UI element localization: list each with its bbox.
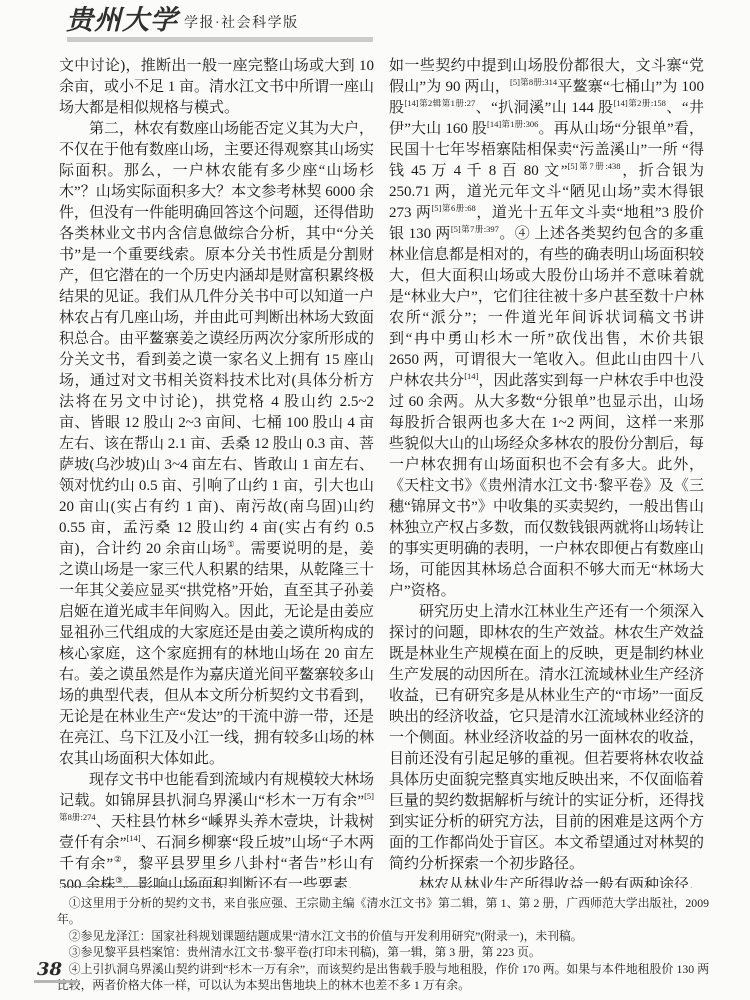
- citation-superscript: [5]第7册:438: [568, 161, 621, 171]
- citation-superscript: [5]第7册:397: [451, 224, 499, 234]
- citation-superscript: [5]第6册:68: [431, 203, 475, 213]
- right-text-column: 如一些契约中提到山场股份都很大，文斗寨“党假山”为 90 两山，[5]第8册:3…: [389, 56, 704, 888]
- citation-superscript: [14]第1册:306: [487, 119, 538, 129]
- citation-superscript: [5]第8册:274: [59, 791, 374, 822]
- citation-superscript: ②: [113, 854, 122, 864]
- citation-superscript: [14]: [464, 371, 478, 381]
- paragraph: 现存文书中也能看到流域内有规模较大林场记载。如锦屏县扒洞乌界溪山“杉木一万有余”…: [59, 770, 374, 888]
- citation-superscript: [5]第8册:314: [510, 77, 557, 87]
- citation-superscript: [14]: [126, 833, 140, 843]
- citation-superscript: ③: [115, 875, 123, 885]
- footnote-section: ①这里用于分析的契约文书，来自张应强、王宗勋主编《清水江文书》第二辑，第 1、第…: [57, 895, 709, 993]
- left-text-column: 文中讨论)，推断出一般一座完整山场或大到 10 余亩，或小不足 1 亩。清水江文…: [59, 56, 374, 888]
- paragraph: 如一些契约中提到山场股份都很大，文斗寨“党假山”为 90 两山，[5]第8册:3…: [389, 56, 704, 602]
- page-number: 38: [34, 959, 77, 983]
- paragraph: 文中讨论)，推断出一般一座完整山场或大到 10 余亩，或小不足 1 亩。清水江文…: [59, 56, 374, 119]
- university-logotype: 贵州大学: [66, 5, 178, 36]
- journal-subtitle: 学报·社会科学版: [184, 16, 299, 31]
- paragraph: 研究历史上清水江林业生产还有一个须深入探讨的问题，即林农的生产效益。林农生产效益…: [389, 602, 704, 875]
- footnote-separator: [62, 886, 222, 887]
- footnote: ②参见龙泽江：国家社科规划课题结题成果“清水江文书的价值与开发利用研究”(附录一…: [57, 928, 709, 944]
- header-rule: [67, 37, 373, 42]
- journal-page: 贵州大学学报·社会科学版 文中讨论)，推断出一般一座完整山场或大到 10 余亩，…: [0, 0, 750, 1000]
- paragraph: 第二，林农有数座山场能否定义其为大户，不仅在于他有数座山场，主要还得观察其山场实…: [59, 119, 374, 770]
- citation-superscript: [14]第2册:158: [614, 98, 666, 108]
- citation-superscript: ①: [227, 539, 235, 549]
- footnote: ①这里用于分析的契约文书，来自张应强、王宗勋主编《清水江文书》第二辑，第 1、第…: [57, 895, 709, 928]
- citation-superscript: [14]第2辑第1册:27: [404, 98, 475, 108]
- footnote: ③参见黎平县档案馆：贵州清水江文书·黎平卷(打印未刊稿)，第一辑，第 3 册，第…: [57, 944, 709, 960]
- footnote: ④上引扒洞乌界溪山契约讲到“杉木一万有余”，而该契约是出售载手股与地租股，作价 …: [57, 961, 709, 994]
- paragraph: 林农从林业生产所得收益一般有两种途径，一: [389, 875, 704, 888]
